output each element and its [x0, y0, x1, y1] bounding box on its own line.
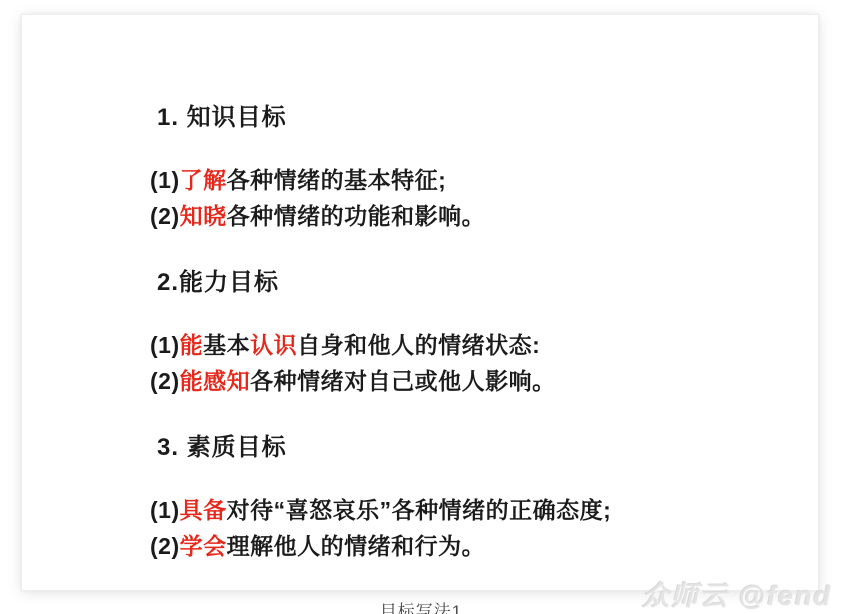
- objective-line: (2)学会理解他人的情绪和行为。: [150, 528, 788, 564]
- text-run: 自身和他人的情绪状态:: [297, 332, 540, 358]
- highlighted-text: 能: [180, 332, 204, 358]
- image-caption: 目标写法1: [380, 597, 462, 614]
- objective-line: (1)具备对待“喜怒哀乐”各种情绪的正确态度;: [150, 492, 788, 528]
- text-run: (1): [150, 167, 180, 193]
- highlighted-text: 了解: [180, 167, 227, 193]
- text-run: 各种情绪的基本特征;: [227, 167, 447, 193]
- objective-line: (2)能感知各种情绪对自己或他人影响。: [150, 363, 788, 399]
- objective-section: 2.能力目标(1)能基本认识自身和他人的情绪状态:(2)能感知各种情绪对自己或他…: [150, 264, 788, 399]
- text-run: 基本: [203, 332, 250, 358]
- objective-section: 1. 知识目标(1)了解各种情绪的基本特征;(2)知晓各种情绪的功能和影响。: [150, 99, 788, 234]
- objectives-content: 1. 知识目标(1)了解各种情绪的基本特征;(2)知晓各种情绪的功能和影响。2.…: [150, 99, 788, 594]
- highlighted-text: 能感知: [180, 368, 251, 394]
- highlighted-text: 认识: [250, 332, 297, 358]
- highlighted-text: 知晓: [180, 203, 227, 229]
- text-run: 对待“喜怒哀乐”各种情绪的正确态度;: [227, 497, 612, 523]
- section-heading: 3. 素质目标: [157, 429, 788, 467]
- watermark: 众师云 @fend: [642, 574, 832, 613]
- page: 1. 知识目标(1)了解各种情绪的基本特征;(2)知晓各种情绪的功能和影响。2.…: [0, 0, 842, 614]
- text-run: (2): [150, 203, 180, 229]
- text-run: (1): [150, 332, 180, 358]
- objective-section: 3. 素质目标(1)具备对待“喜怒哀乐”各种情绪的正确态度;(2)学会理解他人的…: [150, 429, 788, 564]
- section-heading: 2.能力目标: [157, 264, 788, 302]
- objectives-slide-card: 1. 知识目标(1)了解各种情绪的基本特征;(2)知晓各种情绪的功能和影响。2.…: [21, 14, 819, 591]
- text-run: 各种情绪对自己或他人影响。: [250, 368, 556, 394]
- text-run: 各种情绪的功能和影响。: [227, 203, 486, 229]
- highlighted-text: 具备: [180, 497, 227, 523]
- objective-sections: 1. 知识目标(1)了解各种情绪的基本特征;(2)知晓各种情绪的功能和影响。2.…: [150, 99, 788, 564]
- highlighted-text: 学会: [180, 533, 227, 559]
- section-heading: 1. 知识目标: [157, 99, 788, 137]
- text-run: 理解他人的情绪和行为。: [227, 533, 486, 559]
- objective-line: (1)能基本认识自身和他人的情绪状态:: [150, 327, 788, 363]
- text-run: (2): [150, 533, 180, 559]
- objective-line: (2)知晓各种情绪的功能和影响。: [150, 198, 788, 234]
- objective-line: (1)了解各种情绪的基本特征;: [150, 162, 788, 198]
- text-run: (2): [150, 368, 180, 394]
- text-run: (1): [150, 497, 180, 523]
